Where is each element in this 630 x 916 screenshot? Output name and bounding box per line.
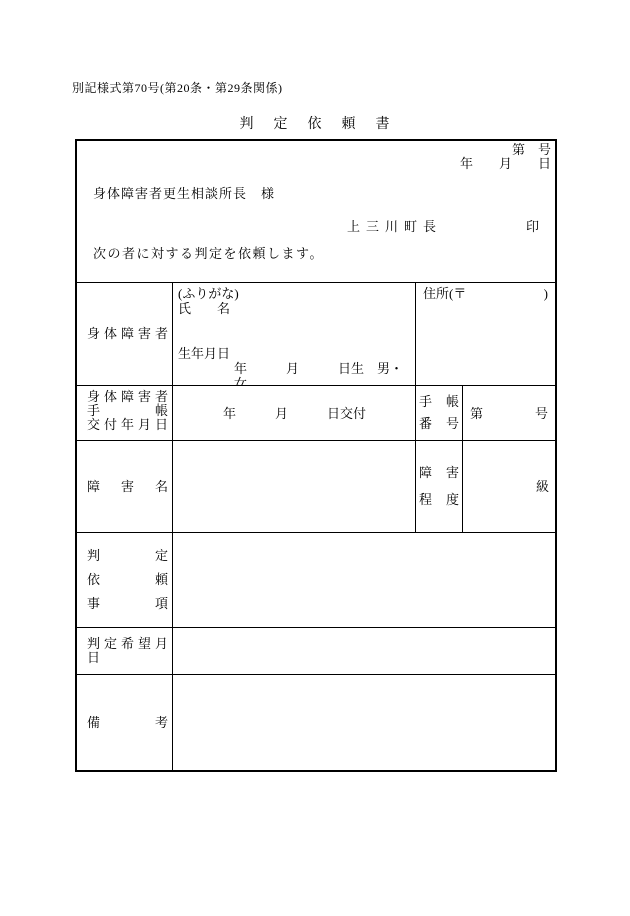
handbook-label-line-2: 手 帳: [87, 404, 168, 418]
birthdate-value-line: 年 月 日生 男・女: [178, 361, 415, 385]
request-label-line-3: 事 項: [87, 597, 168, 611]
desired-date-label-cell: 判 定 希 望 月 日: [77, 628, 173, 674]
disability-degree-value-cell: 級: [463, 441, 555, 532]
remarks-label: 備 考: [87, 716, 168, 730]
birthdate-label: 生年月日: [178, 346, 415, 361]
intro-sentence: 次の者に対する判定を依頼します。: [93, 247, 324, 260]
remarks-label-cell: 備 考: [77, 675, 173, 770]
person-row-label: 身 体 障 害 者: [87, 327, 168, 341]
remarks-row: 備 考: [77, 675, 555, 770]
request-items-row: 判 定 依 頼 事 項: [77, 533, 555, 628]
address-label: 住所(〒: [423, 287, 466, 300]
seal-mark: 印: [526, 220, 539, 233]
degree-label-line-1: 障 害: [419, 466, 459, 480]
handbook-row-label-cell: 身 体 障 害 者 手 帳 交 付 年 月 日: [77, 386, 173, 440]
desired-date-blank-cell: [173, 628, 555, 674]
disability-name-label: 障 害 名: [87, 480, 168, 494]
degree-label-line-2: 程 度: [419, 493, 459, 507]
handbook-number-value-cell: 第 号: [463, 386, 555, 440]
disability-name-label-cell: 障 害 名: [77, 441, 173, 532]
request-label-line-2: 依 頼: [87, 573, 168, 587]
handbook-row: 身 体 障 害 者 手 帳 交 付 年 月 日 年 月 日交付 手 帳 番 号 …: [77, 386, 555, 441]
handbook-number-label-line-1: 手 帳: [419, 395, 459, 409]
request-items-label-cell: 判 定 依 頼 事 項: [77, 533, 173, 627]
handbook-label-line-3: 交 付 年 月 日: [87, 418, 168, 432]
disability-degree-label-cell: 障 害 程 度: [416, 441, 463, 532]
handbook-issue-date-cell: 年 月 日交付: [173, 386, 416, 440]
address-cell: 住所(〒 ): [416, 283, 555, 385]
document-number-line: 第 号: [512, 143, 551, 156]
desired-date-label: 判 定 希 望 月 日: [87, 637, 168, 665]
form-reference-label: 別記様式第70号(第20条・第29条関係): [72, 82, 283, 94]
addressee-line: 身体障害者更生相談所長 様: [93, 187, 275, 200]
issue-date-line: 年 月 日交付: [223, 407, 366, 420]
handbook-number-label-line-2: 番 号: [419, 417, 459, 431]
judgment-request-form: 第 号 年 月 日 身体障害者更生相談所長 様 上三川町長 印 次の者に対する判…: [75, 139, 557, 772]
person-name-birth-cell: (ふりがな) 氏 名 生年月日 年 月 日生 男・女: [173, 283, 416, 385]
disability-row: 障 害 名 障 害 程 度 級: [77, 441, 555, 533]
document-date-line: 年 月 日: [460, 157, 551, 170]
person-row-label-cell: 身 体 障 害 者: [77, 283, 173, 385]
remarks-blank-cell: [173, 675, 555, 770]
request-label-line-1: 判 定: [87, 549, 168, 563]
furigana-label: (ふりがな): [178, 286, 415, 301]
sender-name: 上三川町長: [347, 220, 442, 233]
address-paren-close: ): [544, 287, 548, 300]
person-row: 身 体 障 害 者 (ふりがな) 氏 名 生年月日 年 月 日生 男・女 住所(…: [77, 283, 555, 386]
handbook-number-label-cell: 手 帳 番 号: [416, 386, 463, 440]
number-prefix: 第: [470, 407, 483, 420]
degree-unit: 級: [536, 480, 549, 493]
name-label: 氏 名: [178, 301, 415, 316]
form-header-section: 第 号 年 月 日 身体障害者更生相談所長 様 上三川町長 印 次の者に対する判…: [77, 141, 555, 283]
handbook-label-line-1: 身 体 障 害 者: [87, 390, 168, 404]
form-title: 判 定 依 頼 書: [75, 118, 557, 132]
request-items-blank-cell: [173, 533, 555, 627]
desired-date-row: 判 定 希 望 月 日: [77, 628, 555, 675]
disability-name-blank-cell: [173, 441, 416, 532]
document-page: { "page": { "form_ref": "別記様式第70号(第20条・第…: [0, 0, 630, 916]
number-suffix: 号: [535, 407, 548, 420]
